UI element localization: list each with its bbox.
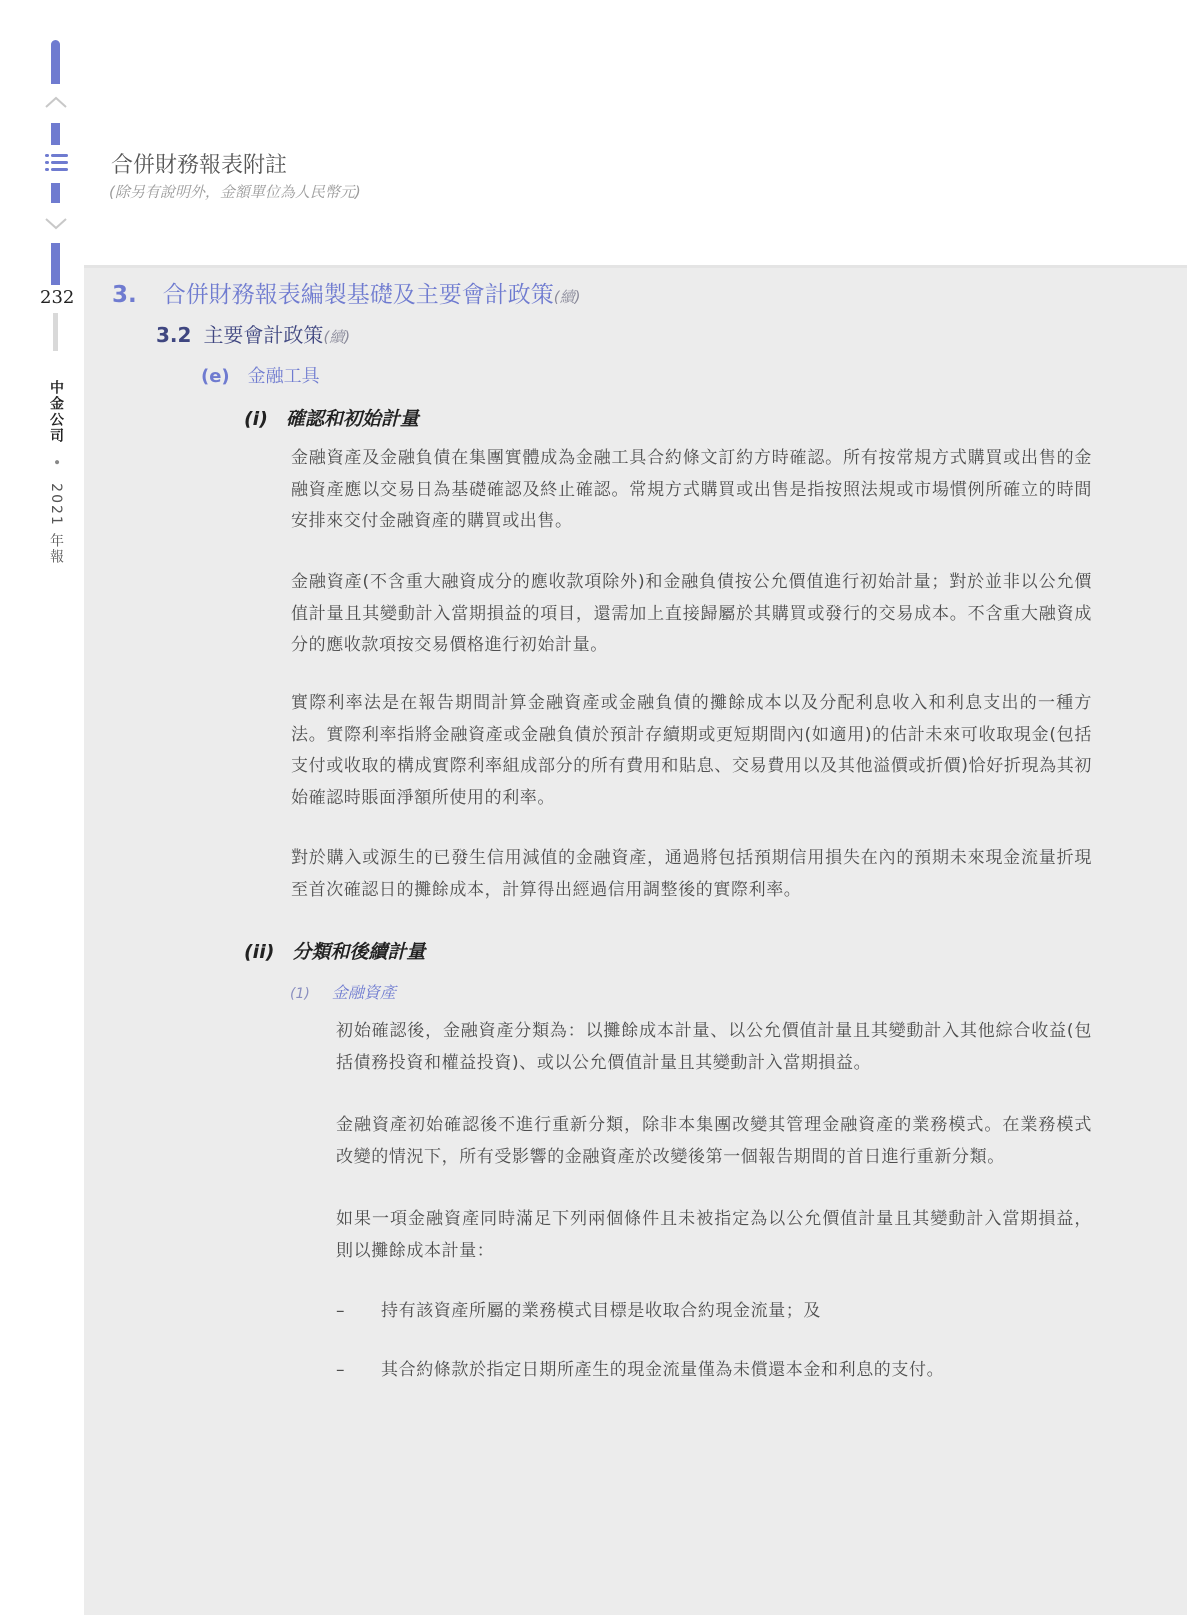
part-heading-ii: (ii)分類和後續計量 (244, 937, 425, 964)
subsection-number: 3.2 (156, 323, 191, 347)
nav-bar-segment (51, 243, 60, 285)
page-header-subtitle: (除另有說明外，金額單位為人民幣元) (109, 181, 361, 202)
list-item-text: 持有該資產所屬的業務模式目標是收取合約現金流量；及 (381, 1301, 821, 1321)
bullet-dash: – (336, 1360, 381, 1380)
paragraph: 實際利率法是在報告期間計算金融資產或金融負債的攤餘成本以及分配利息收入和利息支出… (291, 688, 1092, 814)
section-title: 合併財務報表編製基礎及主要會計政策 (163, 282, 554, 308)
chevron-up-icon[interactable] (44, 95, 68, 109)
page-header-title: 合併財務報表附註 (111, 148, 287, 179)
menu-list-icon[interactable] (45, 152, 69, 174)
subsection-heading: 3.2主要會計政策(續) (156, 319, 350, 348)
paragraph: 對於購入或源生的已發生信用減值的金融資產，通過將包括預期信用損失在內的預期未來現… (291, 843, 1092, 906)
paragraph: 金融資產及金融負債在集團實體成為金融工具合約條文訂約方時確認。所有按常規方式購買… (291, 443, 1092, 538)
part-title: 確認和初始計量 (286, 408, 419, 430)
report-year: 2021 年報 (48, 483, 64, 565)
item-heading: (e)金融工具 (201, 362, 320, 388)
sub-item-title: 金融資產 (332, 983, 396, 1002)
brand-name: 中金公司 (48, 380, 64, 444)
part-title: 分類和後續計量 (292, 941, 425, 963)
list-item: –其合約條款於指定日期所產生的現金流量僅為未償還本金和利息的支付。 (336, 1355, 944, 1380)
chevron-down-icon[interactable] (44, 217, 68, 231)
paragraph: 金融資產初始確認後不進行重新分類，除非本集團改變其管理金融資產的業務模式。在業務… (336, 1110, 1092, 1173)
part-heading-i: (i)確認和初始計量 (244, 404, 419, 431)
section-number: 3. (112, 282, 137, 308)
item-title: 金融工具 (248, 366, 320, 387)
list-item-text: 其合約條款於指定日期所產生的現金流量僅為未償還本金和利息的支付。 (381, 1360, 944, 1380)
nav-progress-bar (51, 40, 60, 84)
item-number: (e) (201, 366, 230, 387)
continued-label: (續) (323, 328, 350, 346)
separator-dot: • (48, 458, 64, 468)
sub-item-heading: (1)金融資產 (290, 980, 396, 1003)
bullet-dash: – (336, 1301, 381, 1321)
nav-rail: 232 中金公司 • 2021 年報 (0, 0, 84, 1615)
page-number: 232 (40, 287, 72, 308)
subsection-title: 主要會計政策 (203, 323, 323, 347)
nav-bar-segment (51, 183, 60, 203)
paragraph: 初始確認後，金融資產分類為：以攤餘成本計量、以公允價值計量且其變動計入其他綜合收… (336, 1016, 1092, 1079)
section-heading: 3.合併財務報表編製基礎及主要會計政策(續) (112, 276, 580, 309)
nav-track (53, 313, 58, 351)
sub-item-number: (1) (290, 986, 310, 1002)
paragraph: 如果一項金融資產同時滿足下列兩個條件且未被指定為以公允價值計量且其變動計入當期損… (336, 1204, 1092, 1267)
part-number: (ii) (244, 941, 274, 963)
list-item: –持有該資產所屬的業務模式目標是收取合約現金流量；及 (336, 1296, 821, 1321)
nav-bar-segment (51, 123, 60, 145)
vertical-brand-label: 中金公司 • 2021 年報 (46, 380, 66, 565)
paragraph: 金融資產(不含重大融資成分的應收款項除外)和金融負債按公允價值進行初始計量；對於… (291, 567, 1092, 662)
continued-label: (續) (554, 288, 581, 306)
part-number: (i) (244, 408, 268, 430)
